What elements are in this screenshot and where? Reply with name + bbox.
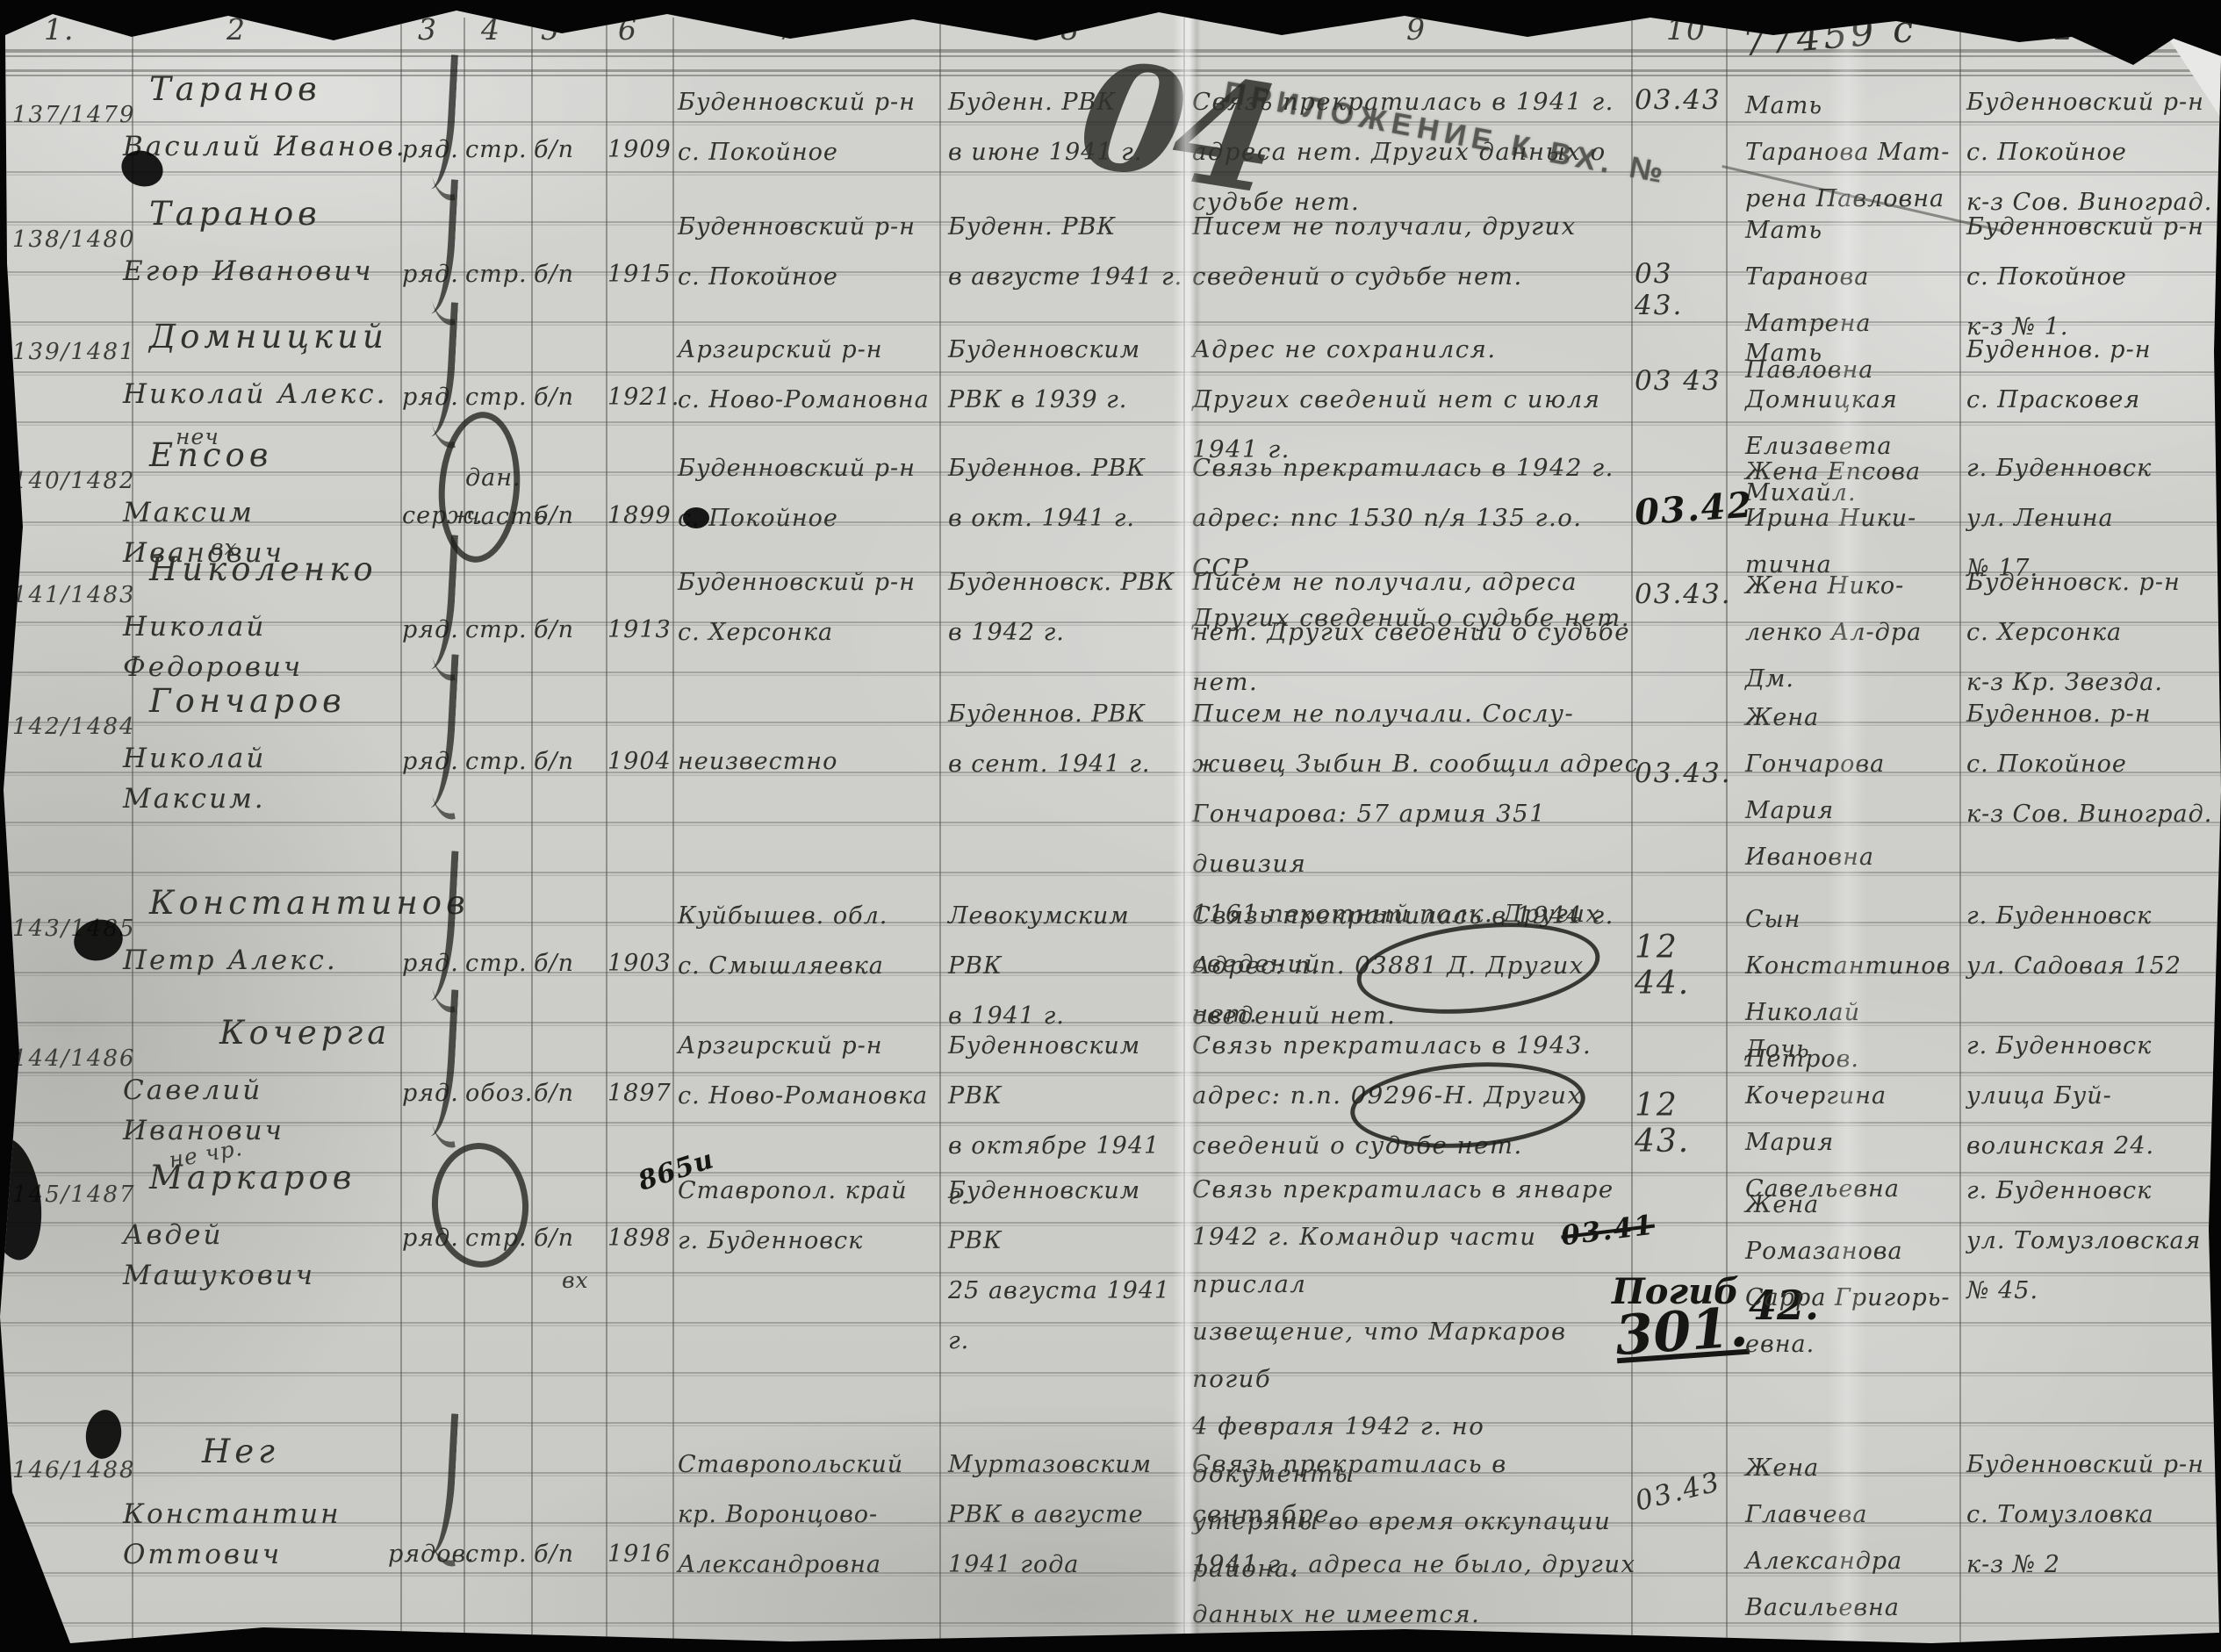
row-number: 144/1486 (12, 1045, 136, 1072)
party-status: б/п (534, 1068, 574, 1118)
column-header: 6 (618, 12, 638, 47)
draft-info: Буденн. РВК в июне 1941 г. (948, 77, 1183, 177)
birthplace: Арзгирский р-н с. Ново-Романовна (678, 325, 937, 425)
given-names: Николай Алекс. (123, 374, 413, 414)
draft-info: Буденновским РВК 25 августа 1941 г. (948, 1166, 1183, 1366)
given-names: Егор Иванович (123, 251, 413, 291)
column-header: 12. (2035, 12, 2086, 47)
relative: Жена Нико- ленко Ал-дра Дм. (1745, 563, 1958, 702)
birthplace: Буденновский р-н с. Покойное (678, 202, 937, 302)
pencil-tick-icon (434, 989, 460, 1149)
birthplace: неизвестно (678, 736, 937, 786)
relative-address: г. Буденновск ул. Томузловская № 45. (1966, 1166, 2219, 1316)
report-date: 03.43. (1635, 578, 1731, 610)
given-names: Петр Алекс. (123, 940, 413, 980)
report-date: 03.43. (1635, 758, 1731, 789)
birth-year: 1899 (607, 491, 672, 541)
column-border (531, 18, 533, 1645)
relative: Жена Гончарова Мария Ивановна (1745, 694, 1958, 880)
column-border (939, 18, 941, 1645)
service-branch: стр. (465, 736, 528, 786)
birth-year: 1898 (607, 1213, 672, 1263)
report-date: 03 43 (1635, 365, 1731, 397)
fate-info: Писем не получали, адреса нет. Других св… (1192, 557, 1649, 707)
relative: Жена Ромазанова Сарра Григорь- евна. (1745, 1182, 1958, 1368)
report-date: 12 43. (1635, 1088, 1731, 1160)
column-border (1183, 18, 1185, 1645)
row-number: 146/1488 (12, 1457, 136, 1483)
birthplace: Ставропольский кр. Воронцово- Александро… (678, 1440, 937, 1590)
party-status: б/п (534, 605, 574, 655)
birth-year: 1904 (607, 736, 672, 786)
surname: Кочерга (219, 1014, 391, 1052)
ink-spot (683, 507, 709, 528)
given-names: Василий Иванов. (123, 126, 413, 167)
row-number: 138/1480 (12, 226, 136, 253)
birthplace: Куйбышев. обл. с. Смышляевка (678, 891, 937, 991)
birthplace: Буденновский р-н с. Покойное (678, 443, 937, 543)
surname: Таранов (149, 195, 321, 233)
draft-info: Левокумским РВК в 1941 г. (948, 891, 1183, 1041)
surname: Гончаров (149, 682, 346, 720)
birth-year: 1903 (607, 938, 672, 988)
row-number: 142/1484 (12, 714, 136, 740)
pencil-tick-icon (434, 302, 460, 449)
column-header: 5 (541, 12, 561, 47)
margin-note: вх (562, 1268, 589, 1293)
service-branch: стр. (465, 125, 528, 175)
party-status: б/п (534, 1529, 574, 1579)
surname: Константинов (149, 884, 470, 922)
birthplace: Ставропол. край г. Буденновск (678, 1166, 937, 1266)
birth-year: 1909 (607, 125, 672, 175)
party-status: б/п (534, 249, 574, 299)
surname: Таранов (149, 70, 321, 108)
surname: Епсов (149, 436, 272, 474)
party-status: б/п (534, 491, 574, 541)
draft-info: Буденновским РВК в 1939 г. (948, 325, 1183, 425)
birthplace: Буденновский р-н с. Херсонка (678, 557, 937, 657)
column-border (672, 18, 674, 1645)
relative-address: Буденновский р-н с. Томузловка к-з № 2 (1966, 1440, 2219, 1590)
service-branch: стр. (465, 605, 528, 655)
given-names: Николай Федорович (123, 607, 413, 687)
draft-info: Буденновск. РВК в 1942 г. (948, 557, 1183, 657)
column-border (1959, 18, 1961, 1645)
service-branch: стр. (465, 1529, 528, 1579)
given-names: Николай Максим. (123, 738, 413, 819)
column-header: 2 (226, 12, 247, 47)
column-header: 3 (418, 12, 438, 47)
surname: Нег (202, 1433, 279, 1470)
surname: Николенко (149, 550, 377, 588)
scanned-ledger-page: 1. 2 3 4 5 6 7 8 9 10 12. ПРИЛОЖЕНИЕ К В… (0, 0, 2221, 1652)
column-header: 1. (44, 12, 75, 47)
birth-year: 1913 (607, 605, 672, 655)
party-status: б/п (534, 1213, 574, 1263)
given-names: Савелий Иванович (123, 1070, 413, 1151)
report-date: 03.43 (1635, 84, 1731, 116)
surname: Домницкий (149, 318, 388, 356)
torn-hole (0, 474, 21, 527)
row-number: 137/1479 (12, 102, 136, 128)
birthplace: Арзгирский р-н с. Ново-Романовка (678, 1021, 937, 1121)
birth-year: 1921. (607, 372, 679, 422)
draft-info: Буденн. РВК в августе 1941 г. (948, 202, 1183, 302)
given-names: Авдей Машукович (123, 1215, 413, 1296)
party-status: б/п (534, 125, 574, 175)
service-branch: стр. (465, 249, 528, 299)
relative-address: Буденновск. р-н с. Херсонка к-з Кр. Звез… (1966, 557, 2219, 707)
fate-info: Писем не получали, других сведений о суд… (1192, 202, 1649, 302)
paper-sheet: 1. 2 3 4 5 6 7 8 9 10 12. ПРИЛОЖЕНИЕ К В… (0, 0, 2221, 1652)
column-header: 8 (1060, 12, 1081, 47)
relative-address: Буденнов. р-н с. Покойное к-з Сов. Виног… (1966, 689, 2219, 839)
column-header: 10 (1666, 12, 1707, 47)
column-header: 7 (778, 12, 798, 47)
birth-year: 1897 (607, 1068, 672, 1118)
draft-info: Муртазовским РВК в августе 1941 года (948, 1440, 1183, 1590)
party-status: б/п (534, 372, 574, 422)
party-status: б/п (534, 736, 574, 786)
report-date: 03.42 (1633, 485, 1732, 534)
birth-year: 1916 (607, 1529, 672, 1579)
relative: Жена Главчева Александра Васильевна (1745, 1445, 1958, 1631)
pencil-tick-icon (434, 1413, 460, 1568)
service-branch: стр. (465, 938, 528, 988)
relative-address: Буденнов. р-н с. Прасковея (1966, 325, 2219, 425)
report-date: 12 44. (1635, 930, 1731, 1002)
birthplace: Буденновский р-н с. Покойное (678, 77, 937, 177)
given-names: Константин Оттович (123, 1494, 413, 1575)
column-header: 4 (481, 12, 501, 47)
party-status: б/п (534, 938, 574, 988)
fate-info: Связь прекратилась в сентябре 1941 г., а… (1192, 1440, 1649, 1640)
relative-address: г. Буденновск улица Буй- волинская 24. (1966, 1021, 2219, 1171)
draft-info: Буденнов. РВК в сент. 1941 г. (948, 689, 1183, 789)
surname: Маркаров (149, 1159, 356, 1196)
relative: Мать Таранова Мат- рена Павловна (1745, 83, 1958, 222)
row-number: 141/1483 (12, 582, 136, 608)
row-number: 139/1481 (12, 339, 136, 365)
service-branch: обоз. (465, 1068, 533, 1118)
report-date: 03 43. (1635, 258, 1731, 321)
column-header: 9 (1406, 12, 1427, 47)
birth-year: 1915 (607, 249, 672, 299)
row-number: 140/1482 (12, 468, 136, 494)
draft-info: Буденнов. РВК в окт. 1941 г. (948, 443, 1183, 543)
relative-address: г. Буденновск ул. Садовая 152 (1966, 891, 2219, 991)
bold-number-note: 301. (1614, 1295, 1750, 1368)
pencil-tick-icon (434, 654, 460, 821)
